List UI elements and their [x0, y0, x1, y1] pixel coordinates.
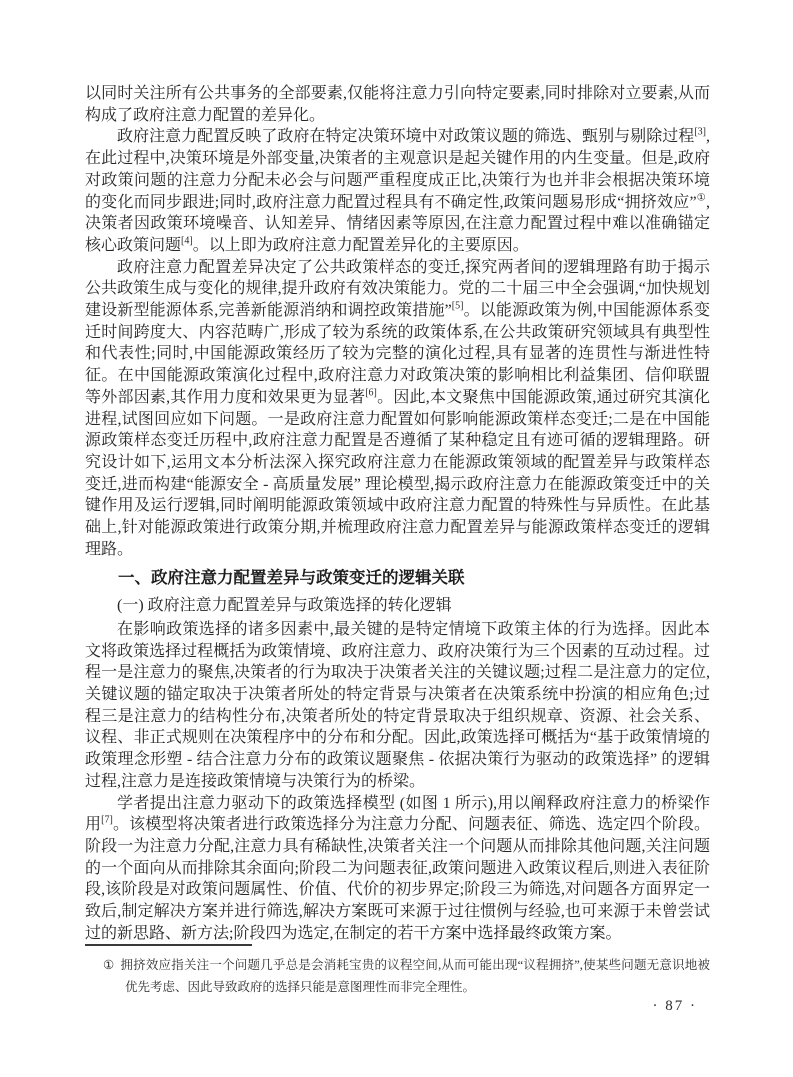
citation-ref: [7]	[101, 815, 113, 826]
footnote-text: 拥挤效应指关注一个问题几乎总是会消耗宝贵的议程空间,从而可能出现“议程拥挤”,使…	[120, 958, 710, 994]
page-number: · 87 ·	[653, 998, 698, 1015]
subsection-heading: (一) 政府注意力配置差异与政策选择的转化逻辑	[85, 595, 710, 617]
text-run: 。该模型将决策者进行政策选择分为注意力分配、问题表征、筛选、选定四个阶段。阶段一…	[85, 816, 710, 942]
section-heading: 一、政府注意力配置差异与政策变迁的逻辑关联	[85, 568, 710, 590]
citation-ref: [5]	[452, 301, 464, 312]
text-run: 一、政府注意力配置差异与政策变迁的逻辑关联	[118, 569, 465, 587]
citation-ref: [3]	[694, 127, 706, 138]
footnote-ref: ①	[697, 192, 706, 203]
citation-ref: [4]	[181, 236, 193, 247]
paragraph: 在影响政策选择的诸多因素中,最关键的是特定情境下政策主体的行为选择。因此本文将政…	[85, 619, 710, 793]
text-run: 政府注意力配置反映了政府在特定决策环境中对政策议题的筛选、甄别与剔除过程	[117, 128, 694, 145]
text-run: 在影响政策选择的诸多因素中,最关键的是特定情境下政策主体的行为选择。因此本文将政…	[85, 621, 710, 790]
citation-ref: [6]	[365, 388, 377, 399]
paragraph: 政府注意力配置差异决定了公共政策样态的变迁,探究两者间的逻辑理路有助于揭示公共政…	[85, 257, 710, 561]
footnote-separator	[85, 944, 252, 946]
article-body: 以同时关注所有公共事务的全部要素,仅能将注意力引向特定要素,同时排除对立要素,从…	[85, 83, 710, 944]
footnote-marker: ①	[103, 958, 114, 972]
document-page: 以同时关注所有公共事务的全部要素,仅能将注意力引向特定要素,同时排除对立要素,从…	[0, 0, 793, 1077]
footnotes: ①拥挤效应指关注一个问题几乎总是会消耗宝贵的议程空间,从而可能出现“议程拥挤”,…	[103, 954, 710, 998]
text-run: (一) 政府注意力配置差异与政策选择的转化逻辑	[117, 597, 452, 614]
paragraph: 以同时关注所有公共事务的全部要素,仅能将注意力引向特定要素,同时排除对立要素,从…	[85, 83, 710, 126]
paragraph: 学者提出注意力驱动下的政策选择模型 (如图 1 所示),用以阐释政府注意力的桥梁…	[85, 793, 710, 945]
text-run: 。以上即为政府注意力配置差异化的主要原因。	[193, 237, 529, 254]
text-run: 以同时关注所有公共事务的全部要素,仅能将注意力引向特定要素,同时排除对立要素,从…	[85, 85, 710, 124]
text-run: 。因此,本文聚焦中国能源政策,通过研究其演化进程,试图回应如下问题。一是政府注意…	[85, 389, 710, 558]
paragraph: 政府注意力配置反映了政府在特定决策环境中对政策议题的筛选、甄别与剔除过程[3],…	[85, 126, 710, 256]
footnote-item: ①拥挤效应指关注一个问题几乎总是会消耗宝贵的议程空间,从而可能出现“议程拥挤”,…	[103, 954, 710, 998]
